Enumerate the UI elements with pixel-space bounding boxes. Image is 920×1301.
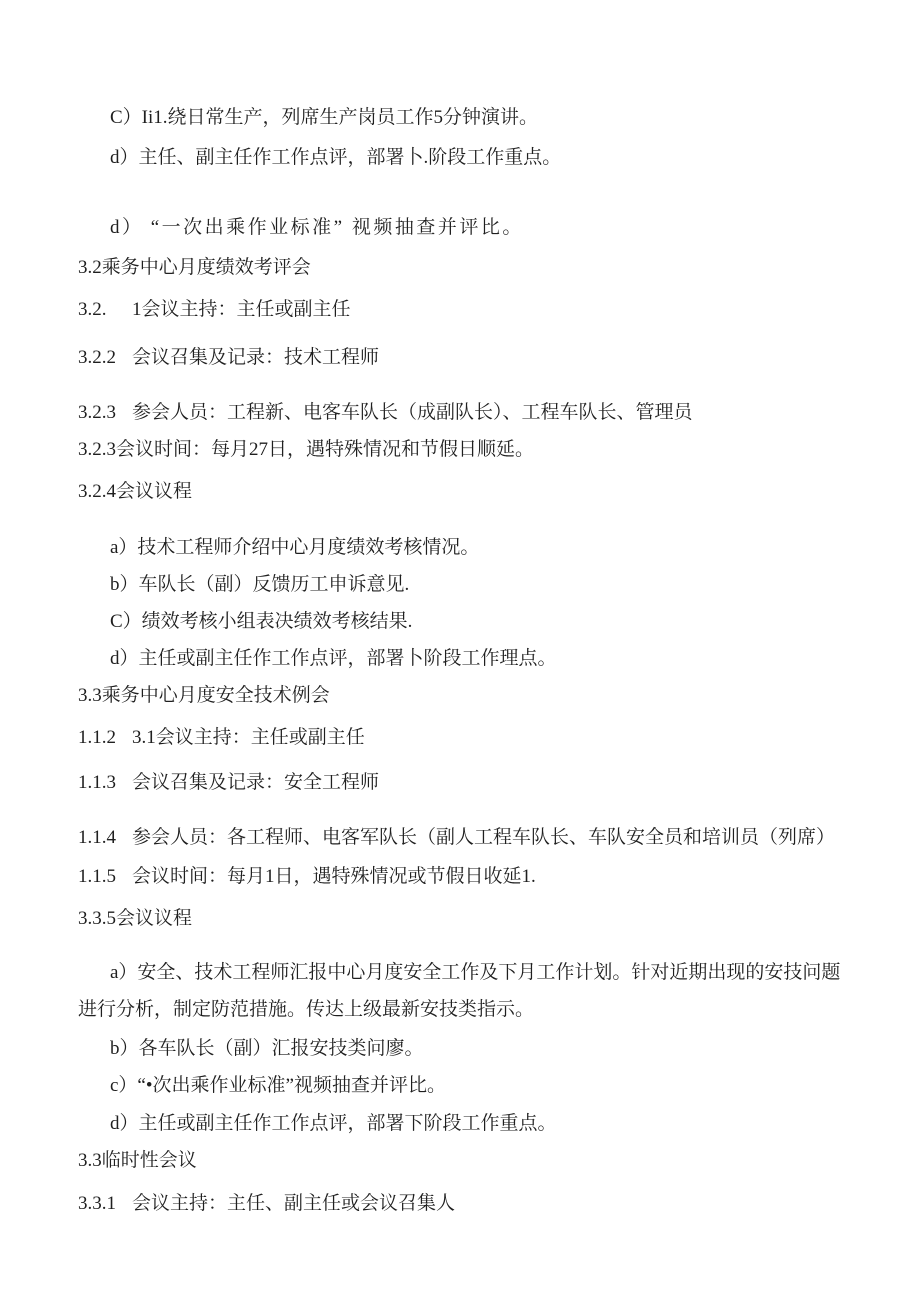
doc-heading-3-2: 3.2乘务中心月度绩效考评会 (78, 249, 860, 286)
line-text: 1会议主持：主任或副主任 (132, 299, 351, 320)
doc-line-3-2-2: 3.2.2会议召集及记录：技术工程师 (78, 339, 860, 376)
line-text: b）车队长（副）反馈历工申诉意见. (110, 574, 409, 595)
document-page: C）Ii1.绕日常生产，列席生产岗员工作5分钟演讲。 d）主任、副主任作工作点评… (0, 0, 920, 1301)
line-text: 会议召集及记录：技术工程师 (132, 347, 379, 368)
section-number: 1.1.2 (78, 719, 132, 756)
line-text: 3.3临时性会议 (78, 1150, 197, 1171)
document-content: C）Ii1.绕日常生产，列席生产岗员工作5分钟演讲。 d）主任、副主任作工作点评… (0, 0, 920, 1222)
section-number: 1.1.4 (78, 819, 132, 856)
doc-line-1-1-3: 1.1.3会议召集及记录：安全工程师 (78, 764, 860, 801)
section-number: 3.2.3 (78, 394, 132, 431)
doc-line-item-c2: C）绩效考核小组表决绩效考核结果. (78, 603, 860, 640)
doc-line-item-b2: b）各车队长（副）汇报安技类问廖。 (78, 1030, 860, 1067)
doc-line-item-d: d）主任、副主任作工作点评，部署卜.阶段工作重点。 (78, 139, 860, 176)
line-text: 会议时间：每月1日，遇特殊情况或节假日收延1. (132, 866, 536, 887)
line-text: a）安全、技术工程师汇报中心月度安全工作及下月工作计划。针对近期出现的安技问题 (110, 962, 840, 983)
doc-line-item-c: C）Ii1.绕日常生产，列席生产岗员工作5分钟演讲。 (78, 99, 860, 136)
section-number: 3.2. (78, 291, 132, 328)
line-text: C）Ii1.绕日常生产，列席生产岗员工作5分钟演讲。 (110, 107, 538, 128)
doc-line-item-a2-line2: 进行分析，制定防范措施。传达上级最新安技类指示。 (78, 991, 860, 1028)
doc-heading-3-3-temp: 3.3临时性会议 (78, 1142, 860, 1179)
line-text: c）“•次出乘作业标准”视频抽查并评比。 (110, 1075, 446, 1096)
doc-line-3-2-3-attendees: 3.2.3参会人员：工程新、电客车队长（成副队长）、工程车队长、管理员 (78, 394, 860, 431)
line-text: 会议召集及记录：安全工程师 (132, 772, 379, 793)
line-text: 参会人员：各工程师、电客军队长（副人工程车队长、车队安全员和培训员（列席） (132, 827, 835, 848)
doc-line-3-3-5: 3.3.5会议议程 (78, 900, 860, 937)
section-number: 3.3.1 (78, 1185, 132, 1222)
doc-line-item-d2: d）主任或副主任作工作点评，部署卜阶段工作理点。 (78, 640, 860, 677)
line-text: 3.2.3会议时间：每月27日，遇特殊情况和节假日顺延。 (78, 439, 534, 460)
line-text: 3.2乘务中心月度绩效考评会 (78, 257, 311, 278)
line-text: 进行分析，制定防范措施。传达上级最新安技类指示。 (78, 999, 534, 1020)
line-text: 3.2.4会议议程 (78, 481, 192, 502)
doc-line-item-a2-line1: a）安全、技术工程师汇报中心月度安全工作及下月工作计划。针对近期出现的安技问题 (78, 954, 860, 991)
doc-line-3-2-4: 3.2.4会议议程 (78, 473, 860, 510)
line-text: a）技术工程师介绍中心月度绩效考核情况。 (110, 537, 479, 558)
doc-line-item-d-video: d） “一次出乘作业标准” 视频抽查并评比。 (78, 209, 860, 246)
doc-line-3-2-1: 3.2.1会议主持：主任或副主任 (78, 291, 860, 328)
line-text: b）各车队长（副）汇报安技类问廖。 (110, 1038, 424, 1059)
line-text: 3.3.5会议议程 (78, 908, 192, 929)
doc-line-1-1-2: 1.1.23.1会议主持：主任或副主任 (78, 719, 860, 756)
line-text: d）主任或副主任作工作点评，部署下阶段工作重点。 (110, 1113, 557, 1134)
line-text: 参会人员：工程新、电客车队长（成副队长）、工程车队长、管理员 (132, 402, 693, 423)
doc-line-item-b: b）车队长（副）反馈历工申诉意见. (78, 566, 860, 603)
line-text: C）绩效考核小组表决绩效考核结果. (110, 611, 412, 632)
doc-line-1-1-4: 1.1.4参会人员：各工程师、电客军队长（副人工程车队长、车队安全员和培训员（列… (78, 819, 860, 856)
line-text: 3.1会议主持：主任或副主任 (132, 727, 365, 748)
line-text: d） “一次出乘作业标准” 视频抽查并评比。 (110, 217, 524, 238)
line-text: d）主任或副主任作工作点评，部署卜阶段工作理点。 (110, 648, 557, 669)
doc-line-3-3-1: 3.3.1会议主持：主任、副主任或会议召集人 (78, 1185, 860, 1222)
section-number: 1.1.3 (78, 764, 132, 801)
doc-line-item-d3: d）主任或副主任作工作点评，部署下阶段工作重点。 (78, 1105, 860, 1142)
doc-line-item-c3: c）“•次出乘作业标准”视频抽查并评比。 (78, 1067, 860, 1104)
line-text: d）主任、副主任作工作点评，部署卜.阶段工作重点。 (110, 147, 561, 168)
doc-line-1-1-5: 1.1.5会议时间：每月1日，遇特殊情况或节假日收延1. (78, 858, 860, 895)
section-number: 1.1.5 (78, 858, 132, 895)
doc-line-3-2-3-time: 3.2.3会议时间：每月27日，遇特殊情况和节假日顺延。 (78, 431, 860, 468)
doc-line-item-a: a）技术工程师介绍中心月度绩效考核情况。 (78, 529, 860, 566)
section-number: 3.2.2 (78, 339, 132, 376)
line-text: 会议主持：主任、副主任或会议召集人 (132, 1193, 455, 1214)
doc-heading-3-3: 3.3乘务中心月度安全技术例会 (78, 677, 860, 714)
line-text: 3.3乘务中心月度安全技术例会 (78, 685, 330, 706)
